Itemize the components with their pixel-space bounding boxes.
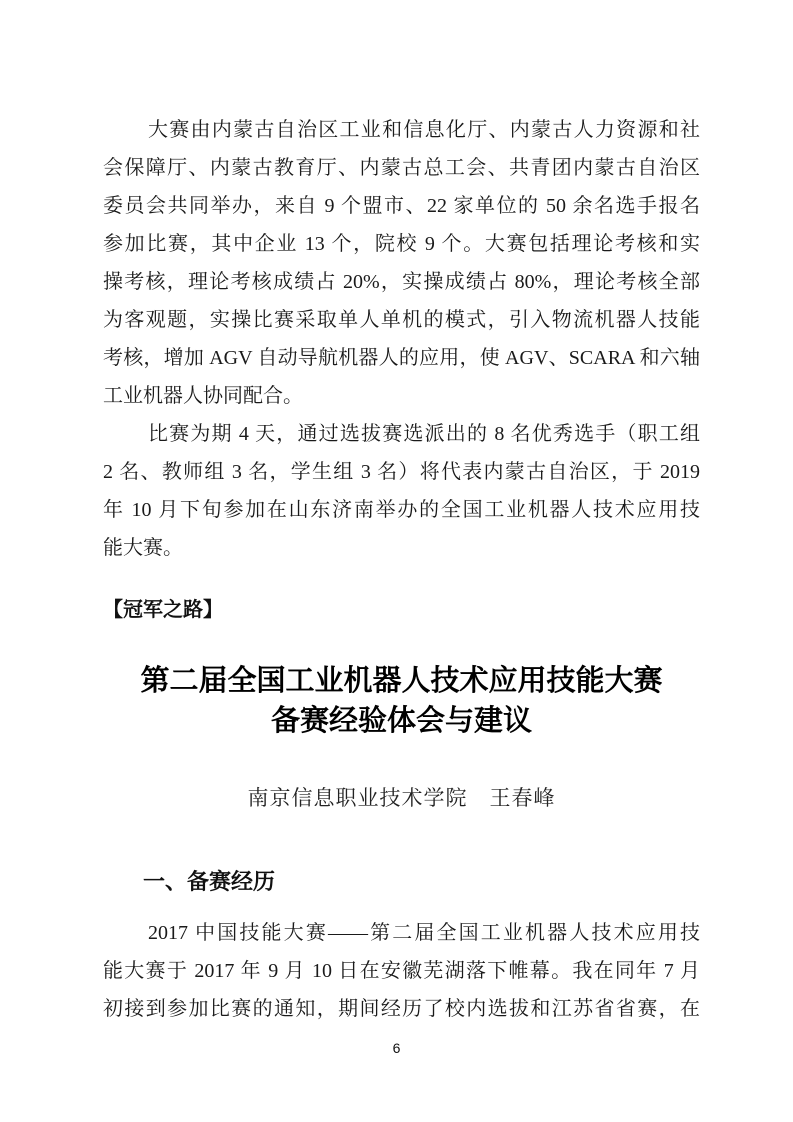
paragraph-line: 会保障厅、内蒙古教育厅、内蒙古总工会、共青团内蒙古自治区: [103, 149, 700, 187]
paragraph-line: 能大赛于 2017 年 9 月 10 日在安徽芜湖落下帷幕。我在同年 7 月: [103, 952, 700, 990]
page-number: 6: [0, 1040, 793, 1056]
body-paragraph-1: 大赛由内蒙古自治区工业和信息化厅、内蒙古人力资源和社 会保障厅、内蒙古教育厅、内…: [103, 111, 700, 415]
article-title-line-2: 备赛经验体会与建议: [103, 701, 700, 741]
text-block: 大赛由内蒙古自治区工业和信息化厅、内蒙古人力资源和社 会保障厅、内蒙古教育厅、内…: [103, 111, 700, 1028]
document-page: 大赛由内蒙古自治区工业和信息化厅、内蒙古人力资源和社 会保障厅、内蒙古教育厅、内…: [0, 0, 793, 1122]
paragraph-line: 2 名、教师组 3 名，学生组 3 名）将代表内蒙古自治区，于 2019: [103, 453, 700, 491]
paragraph-line: 能大赛。: [103, 529, 700, 567]
paragraph-line: 考核，增加 AGV 自动导航机器人的应用，使 AGV、SCARA 和六轴: [103, 339, 700, 377]
body-paragraph-2: 比赛为期 4 天，通过选拔赛选派出的 8 名优秀选手（职工组 2 名、教师组 3…: [103, 415, 700, 567]
body-paragraph-3: 2017 中国技能大赛——第二届全国工业机器人技术应用技 能大赛于 2017 年…: [103, 914, 700, 1028]
article-title: 第二届全国工业机器人技术应用技能大赛 备赛经验体会与建议: [103, 661, 700, 741]
paragraph-line: 比赛为期 4 天，通过选拔赛选派出的 8 名优秀选手（职工组: [103, 415, 700, 453]
article-title-line-1: 第二届全国工业机器人技术应用技能大赛: [103, 661, 700, 701]
paragraph-line: 2017 中国技能大赛——第二届全国工业机器人技术应用技: [103, 914, 700, 952]
paragraph-line: 操考核，理论考核成绩占 20%，实操成绩占 80%，理论考核全部: [103, 263, 700, 301]
paragraph-line: 委员会共同举办，来自 9 个盟市、22 家单位的 50 余名选手报名: [103, 187, 700, 225]
paragraph-line: 为客观题，实操比赛采取单人单机的模式，引入物流机器人技能: [103, 301, 700, 339]
paragraph-line: 大赛由内蒙古自治区工业和信息化厅、内蒙古人力资源和社: [103, 111, 700, 149]
section-heading: 一、备赛经历: [103, 864, 700, 902]
byline: 南京信息职业技术学院 王春峰: [103, 779, 700, 817]
paragraph-line: 初接到参加比赛的通知，期间经历了校内选拔和江苏省省赛，在: [103, 990, 700, 1028]
section-tag: 【冠军之路】: [103, 591, 700, 629]
paragraph-line: 参加比赛，其中企业 13 个，院校 9 个。大赛包括理论考核和实: [103, 225, 700, 263]
paragraph-line: 年 10 月下旬参加在山东济南举办的全国工业机器人技术应用技: [103, 491, 700, 529]
paragraph-line: 工业机器人协同配合。: [103, 377, 700, 415]
